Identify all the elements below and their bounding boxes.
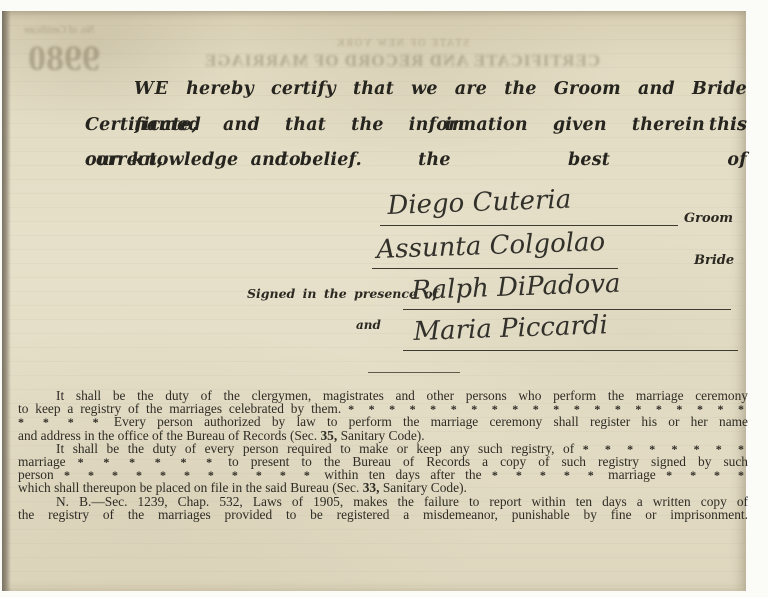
certify-we: WE — [134, 79, 169, 99]
bleedthrough-marriage-title: CERTIFICATE AND RECORD OF MARRIAGE — [162, 51, 642, 71]
groom-signature: Diego Cuteria — [387, 185, 572, 221]
and-label: and — [356, 318, 381, 332]
legal-text: the registry of the marriages provided t… — [18, 507, 748, 522]
redaction-stars: * * * * * * — [78, 455, 217, 469]
legal-line-10: the registry of the marriages provided t… — [18, 508, 748, 521]
legal-text: marriage — [608, 467, 656, 482]
legal-line-8: which shall thereupon be placed on file … — [18, 481, 748, 494]
redaction-stars: * * * * * — [492, 468, 598, 482]
bleedthrough-certificate-no-label: No. of Certificate — [14, 25, 104, 36]
legal-notes: It shall be the duty of the clergymen, m… — [18, 389, 748, 521]
certification-statement: WE hereby certify that we are the Groom … — [85, 72, 747, 179]
certify-line-1: WE hereby certify that we are the Groom … — [85, 72, 747, 108]
bleedthrough-state-heading: STATE OF NEW YORK — [262, 38, 542, 49]
scanned-document: No. of Certificate 9980 STATE OF NEW YOR… — [0, 0, 768, 597]
bride-label: Bride — [694, 253, 734, 268]
unused-signature-line-fragment — [368, 372, 460, 373]
certify-line-2: Certificate, and that the information gi… — [85, 108, 747, 144]
legal-line-4: and address in the office of the Bureau … — [18, 429, 748, 442]
page-edge-shadow — [2, 11, 11, 591]
redaction-stars: * * * * — [666, 468, 748, 482]
groom-label: Groom — [684, 211, 733, 226]
